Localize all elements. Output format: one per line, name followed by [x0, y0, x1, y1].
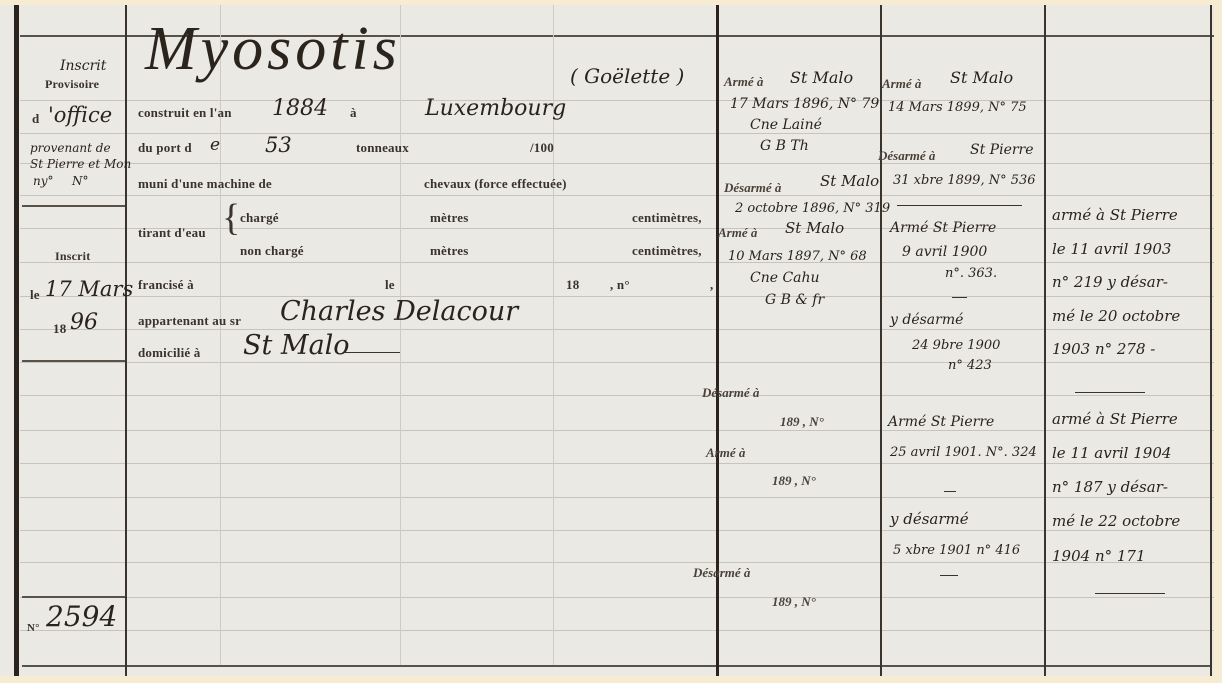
col1-disarmed-date-3: 189 , N°	[772, 594, 816, 610]
col3-entry2-line1: armé à St Pierre	[1052, 410, 1178, 428]
draught-brace: {	[222, 199, 240, 237]
col1-disarmed-label-3: Désarmé à	[693, 565, 750, 581]
built-year: 1884	[272, 96, 328, 121]
provisional-label: Provisoire	[45, 77, 99, 92]
provenance-note-3: ny°	[33, 174, 54, 188]
provisional-handwritten: Inscrit	[60, 58, 106, 74]
col3-entry1-line4: mé le 20 octobre	[1052, 307, 1180, 325]
port-label: du port d	[138, 140, 192, 156]
office-value: 'office	[48, 103, 112, 127]
register-number: 2594	[46, 600, 117, 633]
ledger-page: Inscrit Provisoire d 'office provenant d…	[0, 0, 1222, 676]
tonnage-label: tonneaux	[356, 140, 409, 156]
col2-entry6-line1: y désarmé	[890, 510, 969, 528]
inscrit-le: le	[30, 287, 40, 303]
col3-entry2-line3: n° 187 y désar-	[1052, 478, 1168, 496]
loaded-metres: mètres	[430, 210, 469, 226]
francise-label: francisé à	[138, 277, 194, 293]
col2-disarmed-label-1: Désarmé à	[878, 148, 935, 164]
col1-armed-date-1: 17 Mars 1896, N° 79	[730, 96, 879, 112]
francise-comma: ,	[710, 277, 713, 293]
col2-entry4-line1: y désarmé	[890, 312, 963, 328]
scan-border-right	[1214, 0, 1222, 683]
col1-armed-place-2: St Malo	[785, 219, 844, 237]
port-prefix: e	[210, 135, 220, 155]
col1-armed-place-1: St Malo	[790, 68, 853, 87]
francise-le: le	[385, 277, 395, 293]
horsepower-label: chevaux (force effectuée)	[424, 176, 567, 192]
ship-type: ( Goëlette )	[570, 64, 684, 88]
col2-armed-label-1: Armé à	[882, 76, 921, 92]
col1-armed-label-3: Armé à	[706, 445, 745, 461]
col1-armed-label-1: Armé à	[724, 74, 763, 90]
col3-entry2-line2: le 11 avril 1904	[1052, 444, 1171, 462]
inscrit-date: 17 Mars	[45, 277, 133, 301]
col2-entry5-line2: 25 avril 1901. N°. 324	[890, 445, 1037, 460]
col3-entry2-line5: 1904 n° 171	[1052, 547, 1146, 565]
register-number-label: N°	[27, 622, 40, 634]
col1-captain-1: Cne Lainé	[750, 117, 822, 133]
col2-disarmed-place-1: St Pierre	[970, 142, 1034, 158]
francise-no: , n°	[610, 277, 630, 293]
col2-entry3-line2: 9 avril 1900	[902, 244, 987, 260]
provenance-note-2: St Pierre et Mon	[30, 157, 131, 171]
col1-captain-2: Cne Cahu	[750, 270, 820, 286]
col2-entry4-line3: n° 423	[948, 358, 992, 373]
unloaded-metres: mètres	[430, 243, 469, 259]
col1-armed-date-3: 189 , N°	[772, 473, 816, 489]
inscrit-label: Inscrit	[55, 249, 90, 264]
col1-disarmed-date-1: 2 octobre 1896, N° 319	[735, 201, 890, 216]
col1-note-2: G B & fr	[765, 292, 824, 308]
col3-entry1-line1: armé à St Pierre	[1052, 206, 1178, 224]
loaded-centimetres: centimètres,	[632, 210, 702, 226]
col3-entry2-line4: mé le 22 octobre	[1052, 512, 1180, 530]
col2-entry3-line3: n°. 363.	[945, 266, 997, 281]
domicile-label: domicilié à	[138, 345, 201, 361]
draught-label: tirant d'eau	[138, 225, 206, 241]
built-at: Luxembourg	[425, 96, 566, 121]
scan-border-top	[0, 0, 1222, 5]
col1-armed-label-2: Armé à	[718, 225, 757, 241]
machine-label: muni d'une machine de	[138, 176, 272, 192]
francise-year: 18	[566, 277, 579, 293]
scan-border-bottom	[0, 676, 1222, 683]
provenance-note-1: provenant de	[30, 141, 111, 155]
col2-disarmed-date-1: 31 xbre 1899, N° 536	[893, 173, 1036, 188]
col1-disarmed-label-1: Désarmé à	[724, 180, 781, 196]
provenance-note-no: N°	[72, 174, 89, 188]
col3-entry1-line5: 1903 n° 278 -	[1052, 340, 1155, 358]
office-prefix: d	[32, 111, 39, 127]
col2-entry5-line1: Armé St Pierre	[888, 414, 994, 430]
tonnage-fraction: /100	[530, 140, 554, 156]
domicile-value: St Malo	[243, 330, 350, 361]
col2-entry4-line2: 24 9bre 1900	[912, 338, 1000, 353]
ship-name: Myosotis	[145, 14, 401, 85]
inscrit-year-prefix: 18	[53, 321, 66, 337]
col1-disarmed-label-2: Désarmé à	[702, 385, 759, 401]
tonnage: 53	[265, 133, 292, 157]
owner-value: Charles Delacour	[280, 296, 518, 327]
col1-disarmed-place-1: St Malo	[820, 172, 879, 190]
col1-disarmed-date-2: 189 , N°	[780, 414, 824, 430]
built-at-label: à	[350, 105, 357, 121]
col2-armed-place-1: St Malo	[950, 68, 1013, 87]
col1-note-1: G B Th	[760, 138, 809, 154]
col3-entry1-line3: n° 219 y désar-	[1052, 273, 1168, 291]
unloaded-label: non chargé	[240, 243, 304, 259]
col2-entry6-line2: 5 xbre 1901 n° 416	[893, 543, 1020, 558]
inscrit-year: 96	[70, 310, 98, 335]
col1-armed-date-2: 10 Mars 1897, N° 68	[728, 249, 867, 264]
owner-label: appartenant au sr	[138, 313, 241, 329]
loaded-label: chargé	[240, 210, 279, 226]
col2-entry3-line1: Armé St Pierre	[890, 220, 996, 236]
col2-armed-date-1: 14 Mars 1899, N° 75	[888, 100, 1027, 115]
col3-entry1-line2: le 11 avril 1903	[1052, 240, 1171, 258]
built-label: construit en l'an	[138, 105, 232, 121]
unloaded-centimetres: centimètres,	[632, 243, 702, 259]
